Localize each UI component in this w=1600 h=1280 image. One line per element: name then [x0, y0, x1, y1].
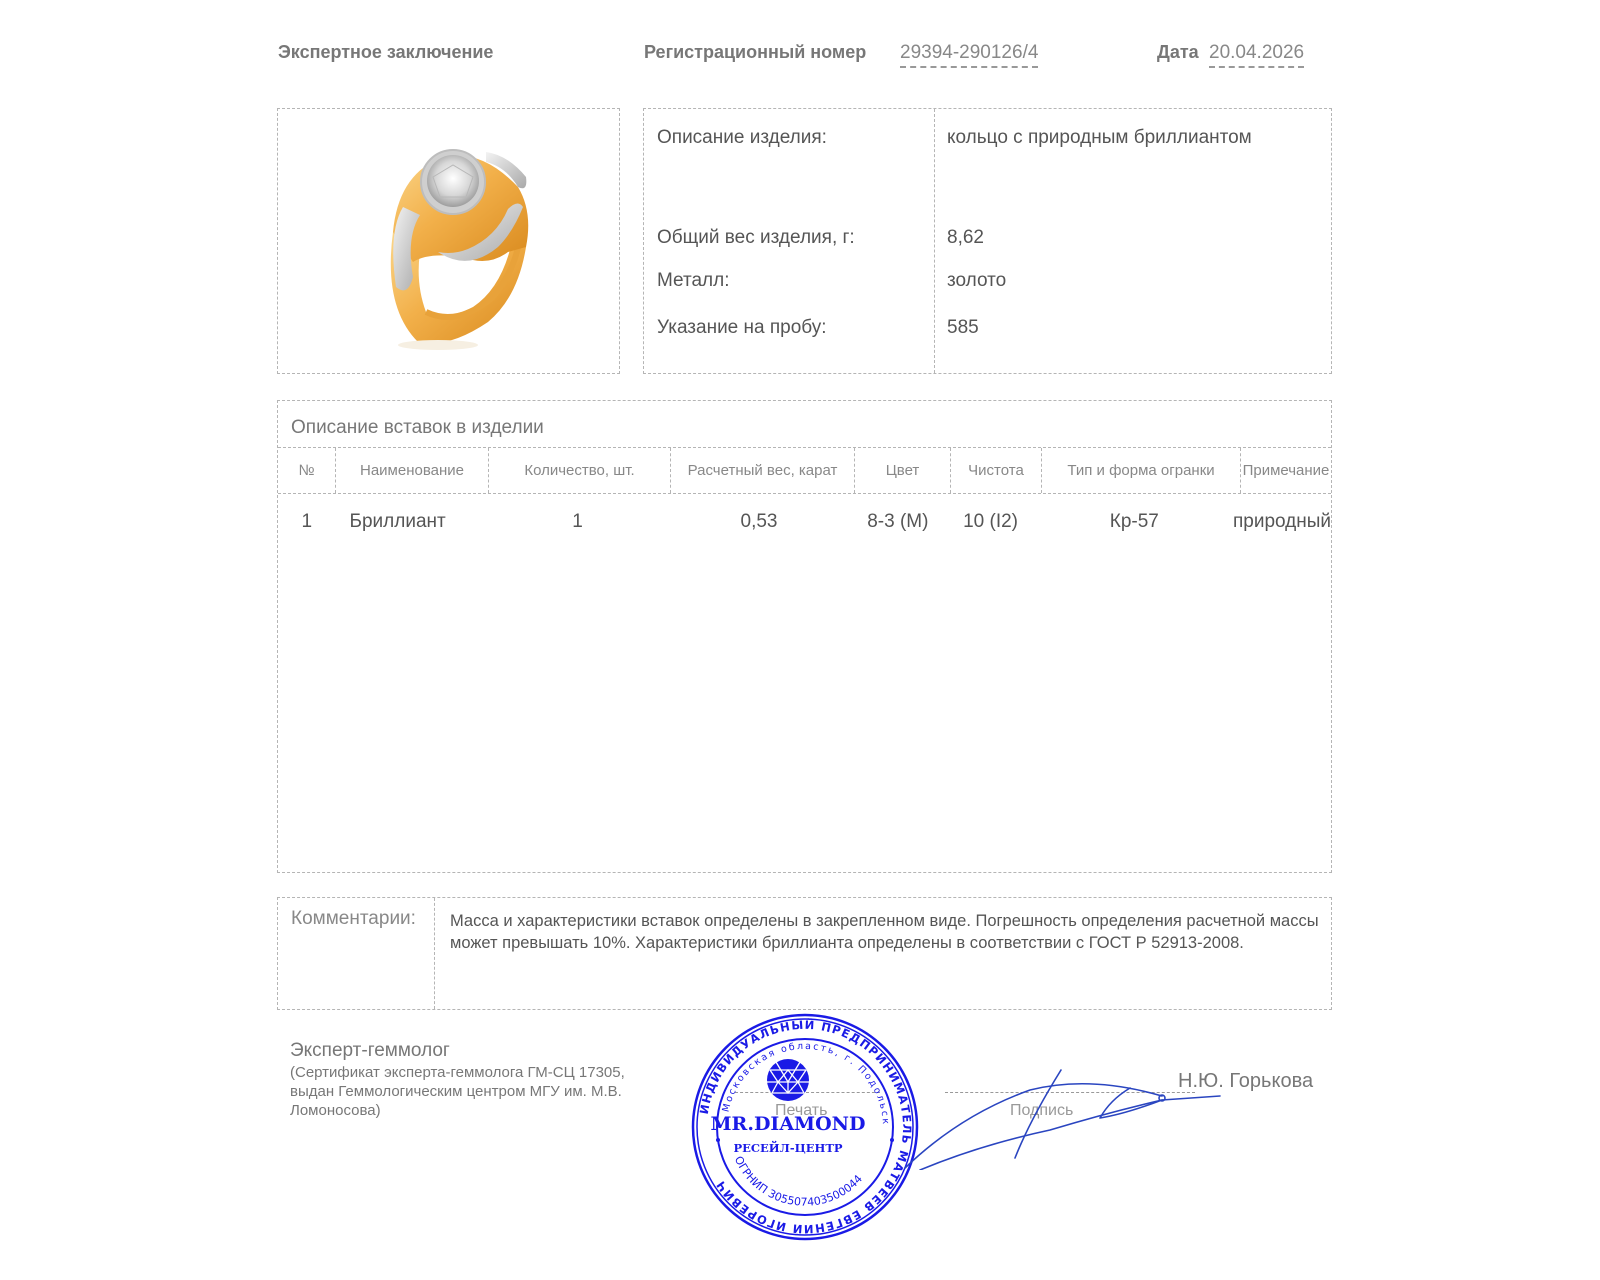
- hallmark-value: 585: [947, 317, 979, 339]
- product-description-value: кольцо с природным бриллиантом: [947, 127, 1252, 149]
- column-header-cut: Тип и форма огранки: [1042, 448, 1241, 493]
- total-weight-value: 8,62: [947, 227, 984, 249]
- column-divider: [934, 109, 935, 373]
- column-header-color: Цвет: [855, 448, 951, 493]
- cell-clarity: 10 (I2): [945, 511, 1035, 533]
- date-label: Дата: [1157, 42, 1199, 63]
- cell-cut: Кр-57: [1036, 511, 1233, 533]
- column-header-weight: Расчетный вес, карат: [671, 448, 855, 493]
- inserts-title: Описание вставок в изделии: [291, 417, 544, 439]
- expert-certificate: (Сертификат эксперта-геммолога ГМ-СЦ 173…: [290, 1063, 670, 1120]
- cell-number: 1: [278, 511, 336, 533]
- cell-weight: 0,53: [668, 511, 850, 533]
- column-header-clarity: Чистота: [951, 448, 1042, 493]
- svg-text:ОГРНИП 305507403500044: ОГРНИП 305507403500044: [732, 1154, 865, 1209]
- metal-label: Металл:: [657, 270, 729, 292]
- cell-color: 8-3 (M): [850, 511, 945, 533]
- diamond-logo-icon: [767, 1059, 809, 1101]
- hallmark-label: Указание на пробу:: [657, 317, 827, 339]
- stamp-subtitle: РЕСЕЙЛ-ЦЕНТР: [733, 1140, 842, 1155]
- inserts-table-header: № Наименование Количество, шт. Расчетный…: [278, 447, 1331, 494]
- stamp-brand: MR.DIAMOND: [711, 1113, 866, 1135]
- cell-quantity: 1: [487, 511, 667, 533]
- stamp-ogrnip: ОГРНИП 305507403500044: [732, 1154, 865, 1209]
- inserts-section: Описание вставок в изделии № Наименовани…: [277, 400, 1332, 873]
- product-photo-frame: [277, 108, 620, 374]
- column-header-number: №: [278, 448, 336, 493]
- column-header-name: Наименование: [336, 448, 489, 493]
- column-header-quantity: Количество, шт.: [489, 448, 671, 493]
- comments-section: Комментарии: Масса и характеристики вста…: [277, 897, 1332, 1010]
- column-header-note: Примечание: [1241, 448, 1331, 493]
- column-divider: [434, 898, 435, 1009]
- product-description-label: Описание изделия:: [657, 127, 827, 149]
- registration-number-label: Регистрационный номер: [644, 42, 866, 63]
- expert-title: Эксперт-геммолог: [290, 1040, 450, 1062]
- total-weight-label: Общий вес изделия, г:: [657, 227, 855, 249]
- ring-photo: [368, 137, 538, 352]
- handwritten-signature: [900, 1060, 1250, 1170]
- comments-text: Масса и характеристики вставок определен…: [450, 910, 1320, 954]
- product-info-table: Описание изделия: кольцо с природным бри…: [643, 108, 1332, 374]
- metal-value: золото: [947, 270, 1006, 292]
- comments-label: Комментарии:: [291, 908, 416, 930]
- cell-note: природный: [1233, 511, 1331, 533]
- cell-name: Бриллиант: [336, 511, 488, 533]
- company-stamp: ИНДИВИДУАЛЬНЫЙ ПРЕДПРИНИМАТЕЛЬ МАТВЕЕВ Е…: [690, 1012, 920, 1242]
- date-value: 20.04.2026: [1209, 42, 1304, 68]
- document-title: Экспертное заключение: [278, 42, 493, 63]
- registration-number-value: 29394-290126/4: [900, 42, 1038, 68]
- table-row: 1 Бриллиант 1 0,53 8-3 (M) 10 (I2) Кр-57…: [278, 511, 1331, 533]
